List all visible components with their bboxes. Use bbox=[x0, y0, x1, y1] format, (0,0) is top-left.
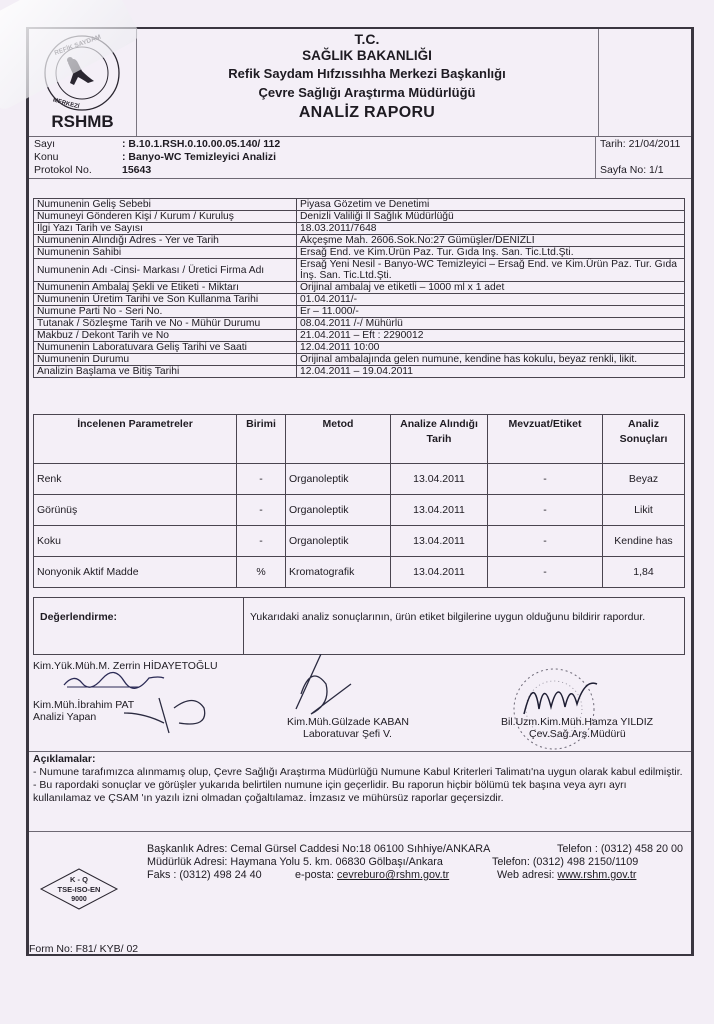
param-unit: - bbox=[237, 464, 286, 495]
svg-text:TSE-ISO-EN: TSE-ISO-EN bbox=[58, 885, 101, 894]
info-label: Numunenin Laboratuvara Geliş Tarihi ve S… bbox=[34, 342, 297, 354]
param-regulation: - bbox=[488, 526, 603, 557]
info-label: Numunenin Durumu bbox=[34, 354, 297, 366]
info-value: 08.04.2011 /-/ Mühürlü bbox=[297, 318, 685, 330]
info-row: İlgi Yazı Tarih ve Sayısı18.03.2011/7648 bbox=[34, 223, 685, 235]
notes-title: Açıklamalar: bbox=[33, 753, 683, 766]
param-date: 13.04.2011 bbox=[391, 464, 488, 495]
param-name: Nonyonik Aktif Madde bbox=[34, 557, 237, 588]
info-value: Orijinal ambalajında gelen numune, kendi… bbox=[297, 354, 685, 366]
notes-section: Açıklamalar: - Numune tarafımızca alınma… bbox=[33, 753, 683, 805]
email-row: e-posta: cevreburo@rshm.gov.tr bbox=[295, 869, 449, 882]
iso-9000-badge-icon: K - Q TSE-ISO-EN 9000 bbox=[39, 867, 119, 911]
param-unit: - bbox=[237, 495, 286, 526]
param-date: 13.04.2011 bbox=[391, 495, 488, 526]
info-row: Tutanak / Sözleşme Tarih ve No - Mühür D… bbox=[34, 318, 685, 330]
info-value: 12.04.2011 – 19.04.2011 bbox=[297, 366, 685, 378]
analyst-1-signature-icon bbox=[59, 671, 169, 691]
report-date: Tarih: 21/04/2011 bbox=[600, 138, 680, 150]
fax: Faks : (0312) 498 24 40 bbox=[147, 869, 262, 882]
param-result: Kendine has bbox=[603, 526, 685, 557]
analysis-report-document: REFİK SAYDAM MERKEZİ RSHMB T.C. SAĞLIK B… bbox=[26, 27, 694, 956]
col-method: Metod bbox=[286, 415, 391, 464]
info-label: Numunenin Geliş Sebebi bbox=[34, 199, 297, 211]
param-method: Kromatografik bbox=[286, 557, 391, 588]
info-value: Denizli Valiliği İl Sağlık Müdürlüğü bbox=[297, 211, 685, 223]
info-label: Numuneyi Gönderen Kişi / Kurum / Kuruluş bbox=[34, 211, 297, 223]
hq-address: Başkanlık Adres: Cemal Gürsel Caddesi No… bbox=[147, 843, 490, 856]
note-item-1: - Numune tarafımızca alınmamış olup, Çev… bbox=[33, 766, 683, 779]
info-row: Numunenin Ambalaj Şekli ve Etiketi - Mik… bbox=[34, 282, 685, 294]
analyst-2-name: Kim.Müh.İbrahim PAT bbox=[33, 699, 134, 711]
web-row: Web adresi: www.rshm.gov.tr bbox=[497, 869, 636, 882]
footer-divider bbox=[29, 831, 691, 832]
param-result: Likit bbox=[603, 495, 685, 526]
info-row: Numune Parti No - Seri No.Er – 11.000/- bbox=[34, 306, 685, 318]
form-number: Form No: F81/ KYB/ 02 bbox=[29, 943, 138, 955]
param-name: Renk bbox=[34, 464, 237, 495]
analyst-2-signature-icon bbox=[124, 693, 214, 738]
info-label: Tutanak / Sözleşme Tarih ve No - Mühür D… bbox=[34, 318, 297, 330]
meta-right: Tarih: 21/04/2011 Sayfa No: 1/1 bbox=[595, 136, 692, 178]
svg-text:K - Q: K - Q bbox=[70, 875, 88, 884]
report-header: REFİK SAYDAM MERKEZİ RSHMB T.C. SAĞLIK B… bbox=[29, 29, 691, 137]
header-line-ministry: SAĞLIK BAKANLIĞI bbox=[136, 48, 598, 63]
param-name: Koku bbox=[34, 526, 237, 557]
web-link[interactable]: www.rshm.gov.tr bbox=[557, 869, 636, 881]
col-unit: Birimi bbox=[237, 415, 286, 464]
param-method: Organoleptik bbox=[286, 464, 391, 495]
header-line-institution: Refik Saydam Hıfzıssıhha Merkezi Başkanl… bbox=[136, 66, 598, 81]
lab-chief-role: Laboratuvar Şefi V. bbox=[303, 728, 392, 740]
header-titles: T.C. SAĞLIK BAKANLIĞI Refik Saydam Hıfzı… bbox=[136, 29, 599, 136]
sample-info-table: Numunenin Geliş SebebiPiyasa Gözetim ve … bbox=[33, 198, 685, 378]
info-row: Numunenin Adı -Cinsi- Markası / Üretici … bbox=[34, 259, 685, 282]
info-label: Analizin Başlama ve Bitiş Tarihi bbox=[34, 366, 297, 378]
info-row: Numunenin DurumuOrijinal ambalajında gel… bbox=[34, 354, 685, 366]
param-result: Beyaz bbox=[603, 464, 685, 495]
analysis-parameters-table: İncelenen Parametreler Birimi Metod Anal… bbox=[33, 414, 685, 588]
info-value: Ersağ End. ve Kim.Ürün Paz. Tur. Gıda İn… bbox=[297, 247, 685, 259]
param-method: Organoleptik bbox=[286, 526, 391, 557]
note-item-2: - Bu rapordaki sonuçlar ve görüşler yuka… bbox=[33, 779, 683, 805]
info-value: 18.03.2011/7648 bbox=[297, 223, 685, 235]
svg-text:9000: 9000 bbox=[71, 896, 87, 903]
analyst-role: Analizi Yapan bbox=[33, 711, 96, 723]
directorate-phone: Telefon: (0312) 498 2150/1109 bbox=[492, 856, 638, 869]
evaluation-box: Değerlendirme: Yukarıdaki analiz sonuçla… bbox=[33, 597, 685, 655]
col-results: Analiz Sonuçları bbox=[603, 415, 685, 464]
params-header-row: İncelenen Parametreler Birimi Metod Anal… bbox=[34, 415, 685, 464]
param-row: Renk-Organoleptik13.04.2011-Beyaz bbox=[34, 464, 685, 495]
param-name: Görünüş bbox=[34, 495, 237, 526]
param-unit: - bbox=[237, 526, 286, 557]
info-label: Makbuz / Dekont Tarih ve No bbox=[34, 330, 297, 342]
director-name: Bil.Uzm.Kim.Müh.Hamza YILDIZ bbox=[501, 716, 653, 728]
param-row: Nonyonik Aktif Madde%Kromatografik13.04.… bbox=[34, 557, 685, 588]
info-label: Numunenin Sahibi bbox=[34, 247, 297, 259]
param-row: Görünüş-Organoleptik13.04.2011-Likit bbox=[34, 495, 685, 526]
lab-chief-name: Kim.Müh.Gülzade KABAN bbox=[287, 716, 409, 728]
logo-abbreviation: RSHMB bbox=[29, 112, 136, 132]
info-row: Numuneyi Gönderen Kişi / Kurum / Kuruluş… bbox=[34, 211, 685, 223]
evaluation-text: Yukarıdaki analiz sonuçlarının, ürün eti… bbox=[250, 611, 645, 623]
param-row: Koku-Organoleptik13.04.2011-Kendine has bbox=[34, 526, 685, 557]
info-value: 12.04.2011 10:00 bbox=[297, 342, 685, 354]
evaluation-divider bbox=[243, 598, 244, 654]
report-title: ANALİZ RAPORU bbox=[136, 104, 598, 122]
info-value: 01.04.2011/- bbox=[297, 294, 685, 306]
info-row: Numunenin Laboratuvara Geliş Tarihi ve S… bbox=[34, 342, 685, 354]
header-line-tc: T.C. bbox=[136, 31, 598, 47]
info-label: Numunenin Ambalaj Şekli ve Etiketi - Mik… bbox=[34, 282, 297, 294]
info-value: Er – 11.000/- bbox=[297, 306, 685, 318]
evaluation-label: Değerlendirme: bbox=[40, 611, 117, 623]
director-role: Çev.Sağ.Arş.Müdürü bbox=[529, 728, 626, 740]
param-unit: % bbox=[237, 557, 286, 588]
col-parameter: İncelenen Parametreler bbox=[34, 415, 237, 464]
info-value: 21.04.2011 – Eft : 2290012 bbox=[297, 330, 685, 342]
info-row: Makbuz / Dekont Tarih ve No21.04.2011 – … bbox=[34, 330, 685, 342]
info-row: Numunenin Üretim Tarihi ve Son Kullanma … bbox=[34, 294, 685, 306]
info-value: Ersağ Yeni Nesil - Banyo-WC Temizleyici … bbox=[297, 259, 685, 282]
info-row: Numunenin Alındığı Adres - Yer ve TarihA… bbox=[34, 235, 685, 247]
email-label: e-posta: bbox=[295, 869, 334, 881]
directorate-address: Müdürlük Adresi: Haymana Yolu 5. km. 068… bbox=[147, 856, 443, 869]
web-label: Web adresi: bbox=[497, 869, 554, 881]
param-regulation: - bbox=[488, 557, 603, 588]
info-label: Numune Parti No - Seri No. bbox=[34, 306, 297, 318]
info-value: Orijinal ambalaj ve etiketli – 1000 ml x… bbox=[297, 282, 685, 294]
param-regulation: - bbox=[488, 464, 603, 495]
info-row: Analizin Başlama ve Bitiş Tarihi12.04.20… bbox=[34, 366, 685, 378]
col-regulation: Mevzuat/Etiket bbox=[488, 415, 603, 464]
info-value: Piyasa Gözetim ve Denetimi bbox=[297, 199, 685, 211]
info-value: Akçeşme Mah. 2606.Sok.No:27 Gümüşler/DEN… bbox=[297, 235, 685, 247]
info-label: İlgi Yazı Tarih ve Sayısı bbox=[34, 223, 297, 235]
signatures-divider bbox=[29, 751, 691, 752]
info-label: Numunenin Üretim Tarihi ve Son Kullanma … bbox=[34, 294, 297, 306]
param-regulation: - bbox=[488, 495, 603, 526]
param-date: 13.04.2011 bbox=[391, 526, 488, 557]
param-result: 1,84 bbox=[603, 557, 685, 588]
info-row: Numunenin SahibiErsağ End. ve Kim.Ürün P… bbox=[34, 247, 685, 259]
page-number: Sayfa No: 1/1 bbox=[600, 164, 664, 176]
param-method: Organoleptik bbox=[286, 495, 391, 526]
email-link[interactable]: cevreburo@rshm.gov.tr bbox=[337, 869, 449, 881]
param-date: 13.04.2011 bbox=[391, 557, 488, 588]
report-meta: Sayı : B.10.1.RSH.0.10.00.05.140/ 112 Ko… bbox=[29, 136, 691, 179]
info-label: Numunenin Alındığı Adres - Yer ve Tarih bbox=[34, 235, 297, 247]
hq-phone: Telefon : (0312) 458 20 00 bbox=[557, 843, 683, 856]
col-analysis-date: Analize Alındığı Tarih bbox=[391, 415, 488, 464]
info-row: Numunenin Geliş SebebiPiyasa Gözetim ve … bbox=[34, 199, 685, 211]
info-label: Numunenin Adı -Cinsi- Markası / Üretici … bbox=[34, 259, 297, 282]
header-line-directorate: Çevre Sağlığı Araştırma Müdürlüğü bbox=[136, 85, 598, 100]
